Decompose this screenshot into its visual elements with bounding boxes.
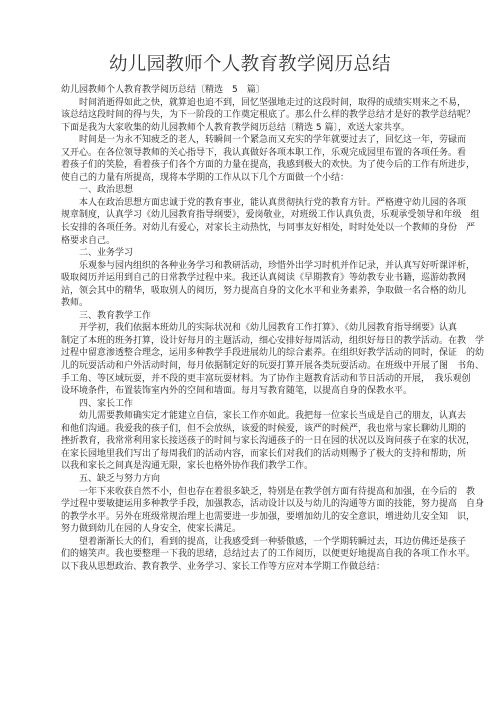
text-line: 以我和家长之间真是沟通无限，家长也格外协作我们教学工作。: [61, 460, 443, 473]
text-line: 手工角、等区域玩耍，并不段的更丰富玩耍材料。为了协作主题教育活动和节日活动的开展…: [61, 373, 443, 386]
text-line: 又开心。在各位领导教师的关心指导下，我认真做好各项本职工作，乐观完成园里布置的各…: [61, 147, 443, 160]
document-title: 幼儿园教师个人教育教学阅历总结: [0, 50, 500, 76]
text-line: 三、教育教学工作: [61, 310, 443, 323]
text-line: 着孩子们的笑脸，看着孩子们各个方面的力量在提高，我感到极大的欢快。为了使今后的工…: [61, 159, 443, 172]
text-line: 该总结这段时间的得与失，为下一阶段的工作奠定根底了。那么什么样的教学总结才是好的…: [61, 109, 443, 122]
text-line: 学过程中要敏捷运用多种教学手段，加强教态，活动设计以及与幼儿的沟通等方面的技能，…: [61, 498, 443, 511]
document-page: 幼儿园教师个人教育教学阅历总结 幼儿园教师个人教育教学阅历总结〔精选 5 篇〕时…: [0, 0, 500, 707]
text-line: 使自己的力量有所提高，现将本学期的工作从以下几个方面做一个小结：: [61, 172, 443, 185]
text-line: 设环境条件，布置装饰室内外的空间和墙面。每月写教育随笔，以提高自身的保教水平。: [61, 385, 443, 398]
text-line: 时间消逝得如此之快，就算追也追不到，回忆坚强地走过的这段时间，取得的成绩实则来之…: [61, 97, 443, 110]
text-line: 下面是我为大家收集的幼儿园教师个人教育教学阅历总结〔精选 5 篇〕，欢送大家共享…: [61, 122, 443, 135]
text-line: 五、缺乏与努力方向: [61, 473, 443, 486]
text-line: 幼儿园教师个人教育教学阅历总结〔精选 5 篇〕: [61, 84, 443, 97]
text-line: 的教学水平。另外在班级常规治理上也需要进一步加强，要增加幼儿的安全意识，增进幼儿…: [61, 511, 443, 524]
text-line: 乐观参与园内组织的各种业务学习和教研活动，珍惜外出学习时机并作记录，并认真写好听…: [61, 260, 443, 273]
text-line: 本人在政治思想方面忠诚于党的教育事业，能认真贯彻执行党的教育方针。严格遵守幼儿园…: [61, 197, 443, 210]
text-line: 教师。: [61, 297, 443, 310]
text-line: 二、业务学习: [61, 247, 443, 260]
document-body: 幼儿园教师个人教育教学阅历总结〔精选 5 篇〕时间消逝得如此之快，就算追也追不到…: [61, 84, 443, 573]
text-line: 时间是一为永不知疲乏的老人，转瞬间一个紧急而又充实的学年就要过去了，回忆这一年，…: [61, 134, 443, 147]
text-line: 们的嬉笑声。我也要整理一下我的思绪，总结过去了的工作阅历，以便更好地提高自我的各…: [61, 548, 443, 561]
text-line: 四、家长工作: [61, 398, 443, 411]
text-line: 规章制度，认真学习《幼儿园教育指导纲要》，爱岗敬业，对班级工作认真负责，乐观承受…: [61, 209, 443, 222]
text-line: 长安排的各项任务。对幼儿有爱心，对家长主动热忱，与同事友好相处，时时处处以一个教…: [61, 222, 443, 235]
text-line: 望着渐渐长大的们，看到的提高，让我感受到一种骄傲感，一个学期转瞬过去，耳边仿佛还…: [61, 536, 443, 549]
text-line: 以下我从思想政治、教育教学、业务学习、家长工作等方应对本学期工作做总结：: [61, 561, 443, 574]
text-line: 制定了本班的班务打算，设计好每月的主题活动，细心安排好每周活动，组织好每日的教学…: [61, 335, 443, 348]
text-line: 吸取阅历并运用到自己的日常教学过程中来。我还认真阅读《早期教育》等幼教专业书籍，…: [61, 272, 443, 285]
text-line: 格要求自己。: [61, 235, 443, 248]
text-line: 站，领会其中的精华，吸取别人的阅历，努力提高自身的文化水平和业务素养，争取做一名…: [61, 285, 443, 298]
text-line: 一、政治思想: [61, 184, 443, 197]
text-line: 挫折教育，我常常利用家长接送孩子的时间与家长沟通孩子的一日在园的状况以及询问孩子…: [61, 435, 443, 448]
text-line: 努力做到幼儿在园的人身安全，使家长满足。: [61, 523, 443, 536]
text-line: 幼儿需要教师确实定才能建立自信，家长工作亦如此。我把每一位家长当成是自己的朋友，…: [61, 410, 443, 423]
text-line: 开学初，我们依据本班幼儿的实际状况和《幼儿园教育工作打算》、《幼儿园教育指导纲要…: [61, 322, 443, 335]
text-line: 在家长园地里我们写出了每周我们的活动内容，而家长们对我们的活动则赐予了极大的支持…: [61, 448, 443, 461]
text-line: 儿的玩耍活动和户外活动时间，每月依据制定好的玩耍打算开展各类玩耍活动。在班级中开…: [61, 360, 443, 373]
text-line: 过程中留意渗透整合理念，运用多种教学手段进展幼儿的综合素养。在组织好教学活动的同…: [61, 347, 443, 360]
text-line: 和他们沟通。我爱我的孩子们，但不会放纵，该爱的时候爱，该严的时候严，我也常与家长…: [61, 423, 443, 436]
text-line: 一年下来收获自然不小，但也存在着很多缺乏，特别是在教学创方面有待提高和加强，在今…: [61, 486, 443, 499]
